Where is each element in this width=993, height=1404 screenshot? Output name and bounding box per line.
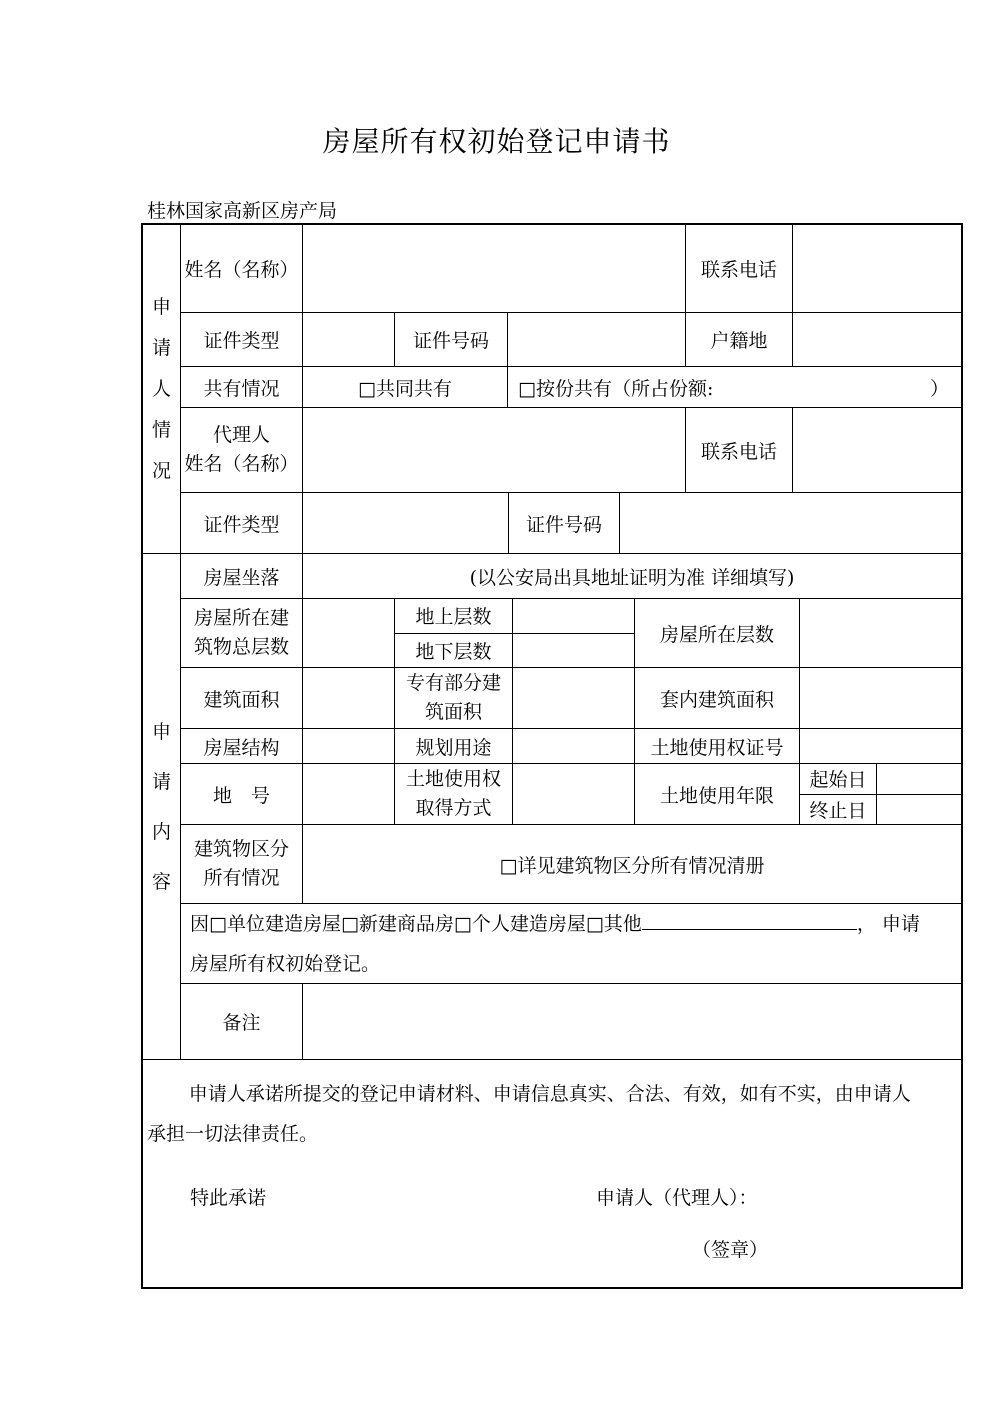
reason-line2-text: 房屋所有权初始登记。 — [190, 944, 955, 983]
plot-no-label: 地 号 — [181, 764, 303, 824]
land-cert-field[interactable] — [800, 729, 961, 763]
agent-name-row: 代理人 姓名（名称） 联系电话 — [181, 408, 961, 493]
below-ground-subrow: 地下层数 — [395, 634, 634, 668]
agent-cert-no-field[interactable] — [620, 493, 961, 553]
floor-detail-subtable: 地上层数 地下层数 — [395, 599, 635, 667]
reason-suffix-text: ， 申请 — [857, 913, 920, 935]
term-end-subrow: 终止日 — [800, 795, 961, 825]
residence-label: 户籍地 — [686, 313, 793, 366]
applicant-section-side-label: 申 请 人 情 况 — [143, 225, 181, 553]
share-ownership-close-paren: ） — [930, 374, 949, 401]
remarks-label: 备注 — [181, 984, 303, 1059]
building-area-label: 建筑面积 — [181, 668, 303, 728]
subdivision-label: 建筑物区分 所有情况 — [181, 825, 303, 903]
seal-label: （签章） — [692, 1230, 955, 1270]
plot-no-field[interactable] — [303, 764, 395, 824]
applicant-phone-label: 联系电话 — [686, 225, 793, 312]
floors-row: 房屋所在建 筑物总层数 地上层数 地下层数 — [181, 599, 961, 668]
inner-area-field[interactable] — [800, 668, 961, 728]
applicant-cert-no-field[interactable] — [508, 313, 686, 366]
land-term-subtable: 起始日 终止日 — [800, 764, 961, 824]
applicant-cert-row: 证件类型 证件号码 户籍地 — [181, 313, 961, 367]
applicant-name-label: 姓名（名称） — [181, 225, 303, 312]
application-form-table: 申 请 人 情 况 姓名（名称） 联系电话 证件类型 证件号码 户 — [141, 223, 963, 1289]
term-start-label: 起始日 — [800, 764, 877, 794]
above-ground-subrow: 地上层数 — [395, 599, 634, 634]
declaration-line2: 承担一切法律责任。 — [147, 1114, 955, 1154]
above-ground-label: 地上层数 — [395, 599, 513, 633]
reason-options-text[interactable]: 因□单位建造房屋□新建商品房□个人建造房屋□其他 — [190, 913, 642, 935]
promise-text: 特此承诺 — [190, 1178, 266, 1218]
joint-ownership-option[interactable]: □共同共有 — [303, 367, 508, 407]
content-section-side-label: 申 请 内 容 — [143, 554, 181, 1059]
applicant-section: 申 请 人 情 况 姓名（名称） 联系电话 证件类型 证件号码 户 — [143, 225, 961, 554]
house-floor-field[interactable] — [800, 599, 961, 667]
total-floors-label: 房屋所在建 筑物总层数 — [181, 599, 303, 667]
house-location-field[interactable]: (以公安局出具地址证明为准 详细填写) — [303, 554, 961, 598]
below-ground-field[interactable] — [513, 634, 635, 668]
agent-phone-field[interactable] — [793, 408, 961, 492]
below-ground-label: 地下层数 — [395, 634, 513, 668]
house-location-label: 房屋坐落 — [181, 554, 303, 598]
form-page: 房屋所有权初始登记申请书 桂林国家高新区房产局 申 请 人 情 况 姓名（名称）… — [0, 0, 993, 1404]
applicant-phone-field[interactable] — [793, 225, 961, 312]
declaration-line1: 申请人承诺所提交的登记申请材料、申请信息真实、合法、有效，如有不实，由申请人 — [147, 1074, 955, 1114]
exclusive-area-label: 专有部分建 筑面积 — [395, 668, 513, 728]
agent-name-label: 代理人 姓名（名称） — [181, 408, 303, 492]
exclusive-area-field[interactable] — [513, 668, 635, 728]
house-floor-label: 房屋所在层数 — [635, 599, 800, 667]
above-ground-field[interactable] — [513, 599, 635, 633]
plot-row: 地 号 土地使用权 取得方式 土地使用年限 起始日 — [181, 764, 961, 825]
building-area-field[interactable] — [303, 668, 395, 728]
structure-field[interactable] — [303, 729, 395, 763]
residence-field[interactable] — [793, 313, 961, 366]
structure-row: 房屋结构 规划用途 土地使用权证号 — [181, 729, 961, 764]
planned-use-field[interactable] — [513, 729, 635, 763]
term-end-field[interactable] — [877, 795, 961, 825]
house-location-row: 房屋坐落 (以公安局出具地址证明为准 详细填写) — [181, 554, 961, 599]
agent-cert-row: 证件类型 证件号码 — [181, 493, 961, 553]
area-row: 建筑面积 专有部分建 筑面积 套内建筑面积 — [181, 668, 961, 729]
co-ownership-row: 共有情况 □共同共有 □按份共有（所占份额: ） — [181, 367, 961, 408]
agent-cert-type-label: 证件类型 — [181, 493, 303, 553]
applicant-name-field[interactable] — [303, 225, 686, 312]
structure-label: 房屋结构 — [181, 729, 303, 763]
term-end-label: 终止日 — [800, 795, 877, 825]
land-acquisition-label: 土地使用权 取得方式 — [395, 764, 513, 824]
page-title: 房屋所有权初始登记申请书 — [0, 120, 993, 160]
declaration-section: 申请人承诺所提交的登记申请材料、申请信息真实、合法、有效，如有不实，由申请人 承… — [143, 1060, 961, 1287]
remarks-row: 备注 — [181, 984, 961, 1059]
reason-other-blank-field[interactable] — [642, 910, 857, 930]
term-start-field[interactable] — [877, 764, 961, 794]
applicant-cert-type-label: 证件类型 — [181, 313, 303, 366]
agent-name-field[interactable] — [303, 408, 686, 492]
term-start-subrow: 起始日 — [800, 764, 961, 795]
share-ownership-option[interactable]: □按份共有（所占份额: ） — [508, 367, 961, 407]
registration-reason-text: 因□单位建造房屋□新建商品房□个人建造房屋□其他， 申请 房屋所有权初始登记。 — [181, 904, 961, 983]
planned-use-label: 规划用途 — [395, 729, 513, 763]
land-term-label: 土地使用年限 — [635, 764, 800, 824]
applicant-cert-type-field[interactable] — [303, 313, 395, 366]
inner-area-label: 套内建筑面积 — [635, 668, 800, 728]
applicant-cert-no-label: 证件号码 — [395, 313, 508, 366]
agent-cert-type-field[interactable] — [303, 493, 509, 553]
remarks-field[interactable] — [303, 984, 961, 1059]
registration-reason-row: 因□单位建造房屋□新建商品房□个人建造房屋□其他， 申请 房屋所有权初始登记。 — [181, 904, 961, 984]
declaration-block: 申请人承诺所提交的登记申请材料、申请信息真实、合法、有效，如有不实，由申请人 承… — [143, 1060, 961, 1287]
applicant-name-row: 姓名（名称） 联系电话 — [181, 225, 961, 313]
land-cert-label: 土地使用权证号 — [635, 729, 800, 763]
signer-label: 申请人（代理人）： — [596, 1178, 758, 1218]
content-section: 申 请 内 容 房屋坐落 (以公安局出具地址证明为准 详细填写) 房屋所在建 筑… — [143, 554, 961, 1060]
agency-name: 桂林国家高新区房产局 — [147, 196, 337, 223]
agent-phone-label: 联系电话 — [686, 408, 793, 492]
land-acquisition-field[interactable] — [513, 764, 635, 824]
subdivision-option[interactable]: □详见建筑物区分所有情况清册 — [303, 825, 961, 903]
share-ownership-text: □按份共有（所占份额: — [518, 374, 713, 401]
co-ownership-label: 共有情况 — [181, 367, 303, 407]
agent-cert-no-label: 证件号码 — [509, 493, 620, 553]
total-floors-field[interactable] — [303, 599, 395, 667]
subdivision-row: 建筑物区分 所有情况 □详见建筑物区分所有情况清册 — [181, 825, 961, 904]
